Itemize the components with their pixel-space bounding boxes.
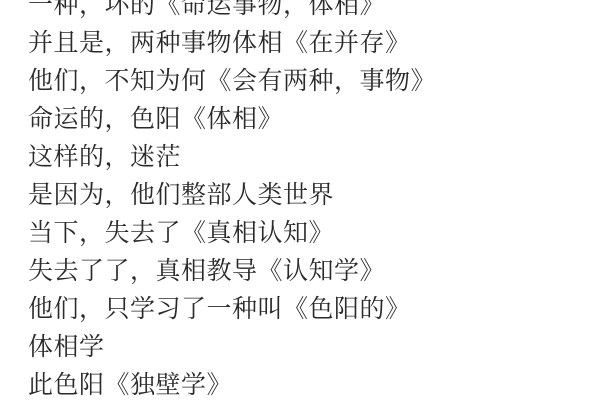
text-line-4: 命运的，色阳《体相》 xyxy=(28,100,436,138)
text-line-3: 他们，不知为何《会有两种，事物》 xyxy=(28,62,436,100)
text-line-11: 此色阳《独壁学》 xyxy=(28,366,436,400)
text-line-5: 这样的，迷茫 xyxy=(28,138,436,176)
text-line-6: 是因为，他们整部人类世界 xyxy=(28,176,436,214)
document-page: 一种，坏的《命运事物，体相》 并且是，两种事物体相《在并存》 他们，不知为何《会… xyxy=(0,0,600,400)
text-line-2: 并且是，两种事物体相《在并存》 xyxy=(28,24,436,62)
poem-text-block: 一种，坏的《命运事物，体相》 并且是，两种事物体相《在并存》 他们，不知为何《会… xyxy=(28,0,436,400)
text-line-10: 体相学 xyxy=(28,328,436,366)
text-line-1: 一种，坏的《命运事物，体相》 xyxy=(28,0,436,24)
text-line-9: 他们，只学习了一种叫《色阳的》 xyxy=(28,290,436,328)
text-line-7: 当下，失去了《真相认知》 xyxy=(28,214,436,252)
text-line-8: 失去了了，真相教导《认知学》 xyxy=(28,252,436,290)
